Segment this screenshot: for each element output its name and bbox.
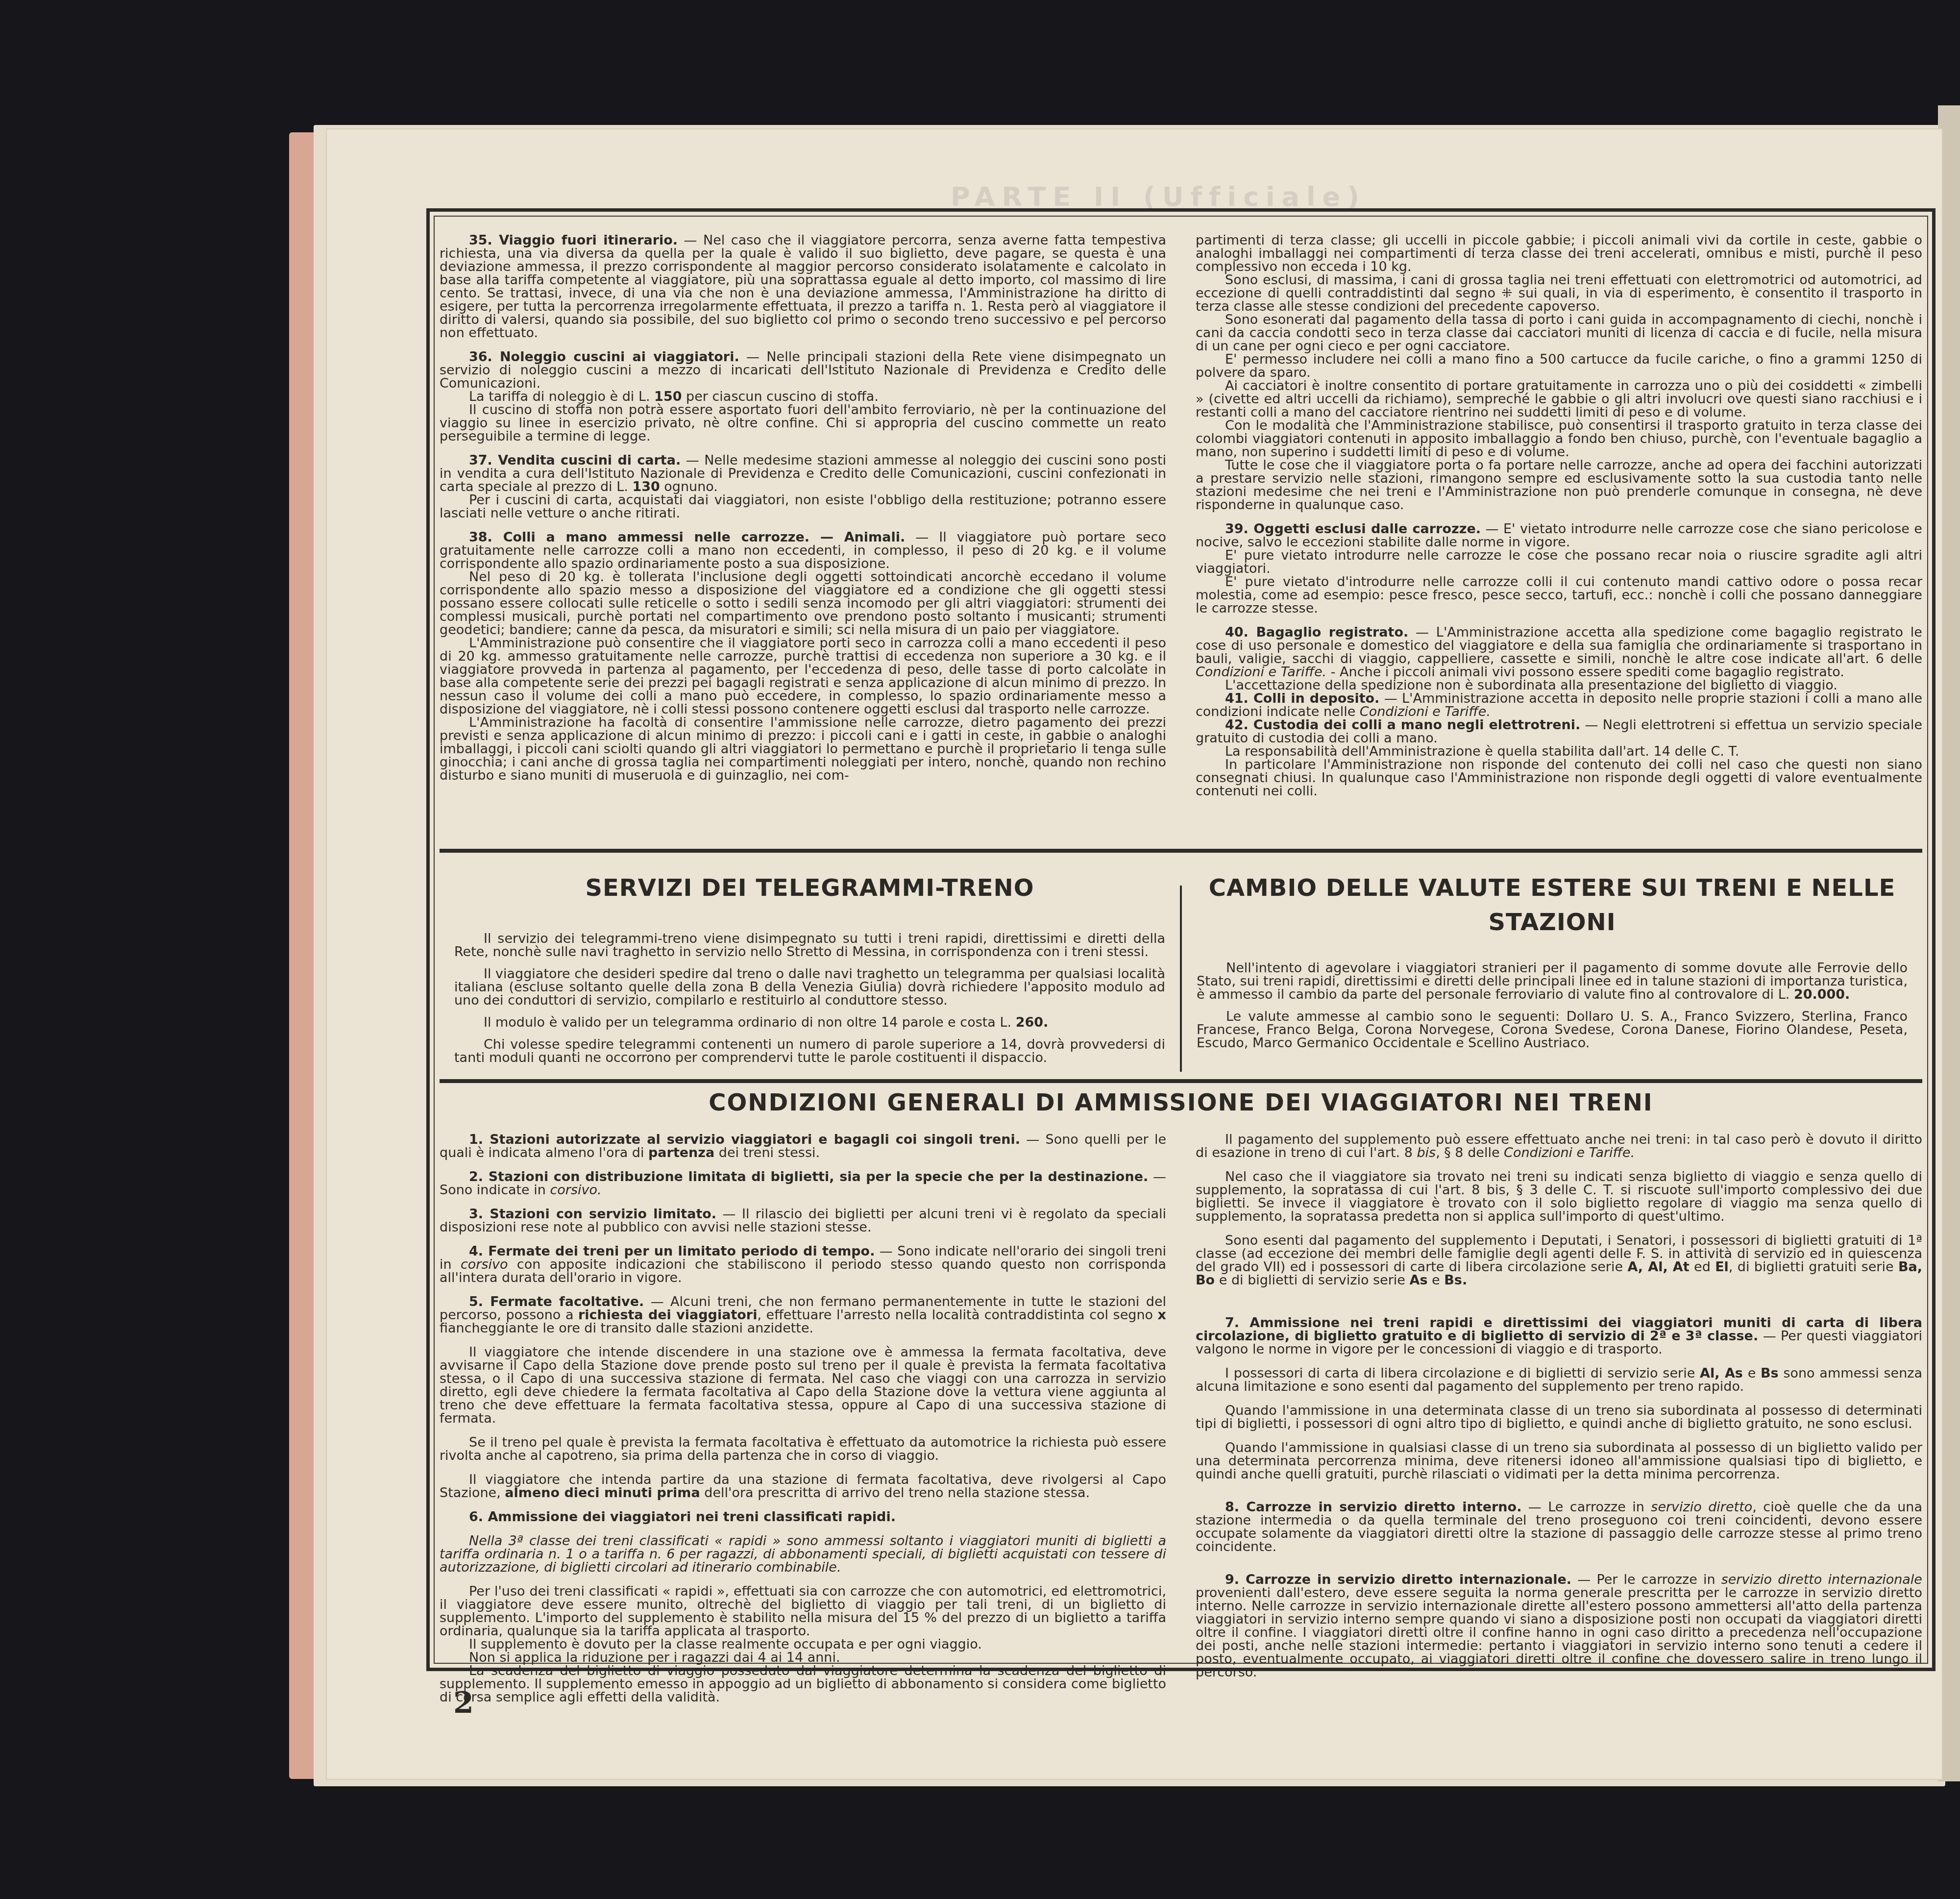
article-38-p-pigeons: Con le modalità che l'Amministrazione st… (1196, 419, 1922, 459)
divider-rule (440, 1079, 1922, 1083)
cond-6-surcharge: Nel caso che il viaggiatore sia trovato … (1196, 1170, 1922, 1223)
article-39: 39. Oggetti esclusi dalle carrozze. — E'… (1196, 522, 1922, 549)
cond-7-p2: I possessori di carta di libera circolaz… (1196, 1367, 1922, 1393)
cond-4: 4. Fermate dei treni per un limitato per… (440, 1245, 1166, 1284)
cond-6-p1: Nella 3ª classe dei treni classificati «… (440, 1534, 1166, 1574)
article-38-p4: L'Amministrazione ha facoltà di consenti… (440, 716, 1166, 782)
column-right: partimenti di terza classe; gli uccelli … (1196, 234, 1922, 849)
article-42-p3: In particolare l'Amministrazione non ris… (1196, 758, 1922, 798)
cambio-p2: Le valute ammesse al cambio sono le segu… (1197, 1010, 1908, 1050)
article-35: 35. Viaggio fuori itinerario. — Nel caso… (440, 234, 1166, 340)
article-38-p-custody: Tutte le cose che il viaggiatore porta o… (1196, 459, 1922, 512)
article-39-p2: E' pure vietato introdurre nelle carrozz… (1196, 549, 1922, 575)
articles-35-42: 35. Viaggio fuori itinerario. — Nel caso… (440, 234, 1922, 849)
article-36-p3: Il cuscino di stoffa non potrà essere as… (440, 403, 1166, 443)
cond-6-p2: Per l'uso dei treni classificati « rapid… (440, 1585, 1166, 1638)
cond-3: 3. Stazioni con servizio limitato. — Il … (440, 1208, 1166, 1234)
condizioni-title: CONDIZIONI GENERALI DI AMMISSIONE DEI VI… (440, 1089, 1922, 1116)
cambio-p1: Nell'intento di agevolare i viaggiatori … (1197, 962, 1908, 1001)
condizioni-right: Il pagamento del supplemento può essere … (1196, 1133, 1922, 1652)
telegrammi-p2: Il viaggiatore che desideri spedire dal … (454, 967, 1165, 1007)
column-left: 35. Viaggio fuori itinerario. — Nel caso… (440, 234, 1166, 849)
content-frame: 35. Viaggio fuori itinerario. — Nel caso… (426, 208, 1935, 1671)
condizioni-section: 1. Stazioni autorizzate al servizio viag… (440, 1133, 1922, 1652)
cond-7-p3: Quando l'ammissione in una determinata c… (1196, 1404, 1922, 1430)
article-38: 38. Colli a mano ammessi nelle carrozze.… (440, 531, 1166, 570)
cambio-title: CAMBIO DELLE VALUTE ESTERE SUI TRENI E N… (1197, 871, 1908, 939)
cond-2: 2. Stazioni con distribuzione limitata d… (440, 1170, 1166, 1197)
article-38-cont: partimenti di terza classe; gli uccelli … (1196, 234, 1922, 273)
telegrammi-box: SERVIZI DEI TELEGRAMMI-TRENO Il servizio… (440, 856, 1180, 1077)
cond-6-p4: Non si applica la riduzione per i ragazz… (440, 1651, 1166, 1664)
telegrammi-p4: Chi volesse spedire telegrammi contenent… (454, 1038, 1165, 1064)
page-number: 2 (453, 1686, 474, 1720)
cond-7-p4: Quando l'ammissione in qualsiasi classe … (1196, 1441, 1922, 1481)
article-37: 37. Vendita cuscini di carta. — Nelle me… (440, 454, 1166, 493)
services-section: SERVIZI DEI TELEGRAMMI-TRENO Il servizio… (440, 856, 1922, 1077)
divider-rule (440, 849, 1922, 853)
cond-5-p4: Il viaggiatore che intenda partire da un… (440, 1473, 1166, 1500)
article-42-p2: La responsabilità dell'Amministrazione è… (1196, 745, 1922, 758)
article-40-p2: L'accettazione della spedizione non è su… (1196, 679, 1922, 692)
article-36-tariff: La tariffa di noleggio è di L. 150 per c… (440, 390, 1166, 403)
article-38-p-cartridges: E' permesso includere nei colli a mano f… (1196, 353, 1922, 379)
cond-1: 1. Stazioni autorizzate al servizio viag… (440, 1133, 1166, 1159)
cond-6-p3: Il supplemento è dovuto per la classe re… (440, 1638, 1166, 1651)
cond-6-p5: La scadenza del biglietto di viaggio pos… (440, 1664, 1166, 1704)
article-38-p3: L'Amministrazione può consentire che il … (440, 637, 1166, 716)
article-42: 42. Custodia dei colli a mano negli elet… (1196, 718, 1922, 745)
cond-8: 8. Carrozze in servizio diretto interno.… (1196, 1501, 1922, 1554)
article-41: 41. Colli in deposito. — L'Amministrazio… (1196, 692, 1922, 718)
cond-6: 6. Ammissione dei viaggiatori nei treni … (440, 1510, 1166, 1524)
article-39-p3: E' pure vietato d'introdurre nelle carro… (1196, 575, 1922, 615)
cond-6-exempt: Sono esenti dal pagamento del supplement… (1196, 1234, 1922, 1287)
cond-7: 7. Ammissione nei treni rapidi e diretti… (1196, 1316, 1922, 1356)
condizioni-left: 1. Stazioni autorizzate al servizio viag… (440, 1133, 1166, 1652)
cambio-box: CAMBIO DELLE VALUTE ESTERE SUI TRENI E N… (1182, 856, 1922, 1077)
cond-5: 5. Fermate facoltative. — Alcuni treni, … (440, 1295, 1166, 1335)
article-38-p-dogs: Sono esclusi, di massima, i cani di gros… (1196, 273, 1922, 313)
cond-5-p3: Se il treno pel quale è prevista la ferm… (440, 1436, 1166, 1462)
article-38-p2: Nel peso di 20 kg. è tollerata l'inclusi… (440, 570, 1166, 637)
article-38-p-zimbelli: Ai cacciatori è inoltre consentito di po… (1196, 379, 1922, 419)
telegrammi-p1: Il servizio dei telegrammi-treno viene d… (454, 932, 1165, 959)
article-40: 40. Bagaglio registrato. — L'Amministraz… (1196, 626, 1922, 679)
cond-9: 9. Carrozze in servizio diretto internaz… (1196, 1573, 1922, 1679)
telegrammi-title: SERVIZI DEI TELEGRAMMI-TRENO (454, 871, 1165, 905)
cond-5-p2: Il viaggiatore che intende discendere in… (440, 1346, 1166, 1425)
article-36: 36. Noleggio cuscini ai viaggiatori. — N… (440, 350, 1166, 390)
article-38-p-guide-dogs: Sono esonerati dal pagamento della tassa… (1196, 313, 1922, 353)
telegrammi-p3: Il modulo è valido per un telegramma ord… (454, 1016, 1165, 1029)
article-37-p2: Per i cuscini di carta, acquistati dai v… (440, 493, 1166, 520)
cond-6-payment: Il pagamento del supplemento può essere … (1196, 1133, 1922, 1159)
bleed-through-header: PARTE II (Ufficiale) (951, 181, 1366, 212)
